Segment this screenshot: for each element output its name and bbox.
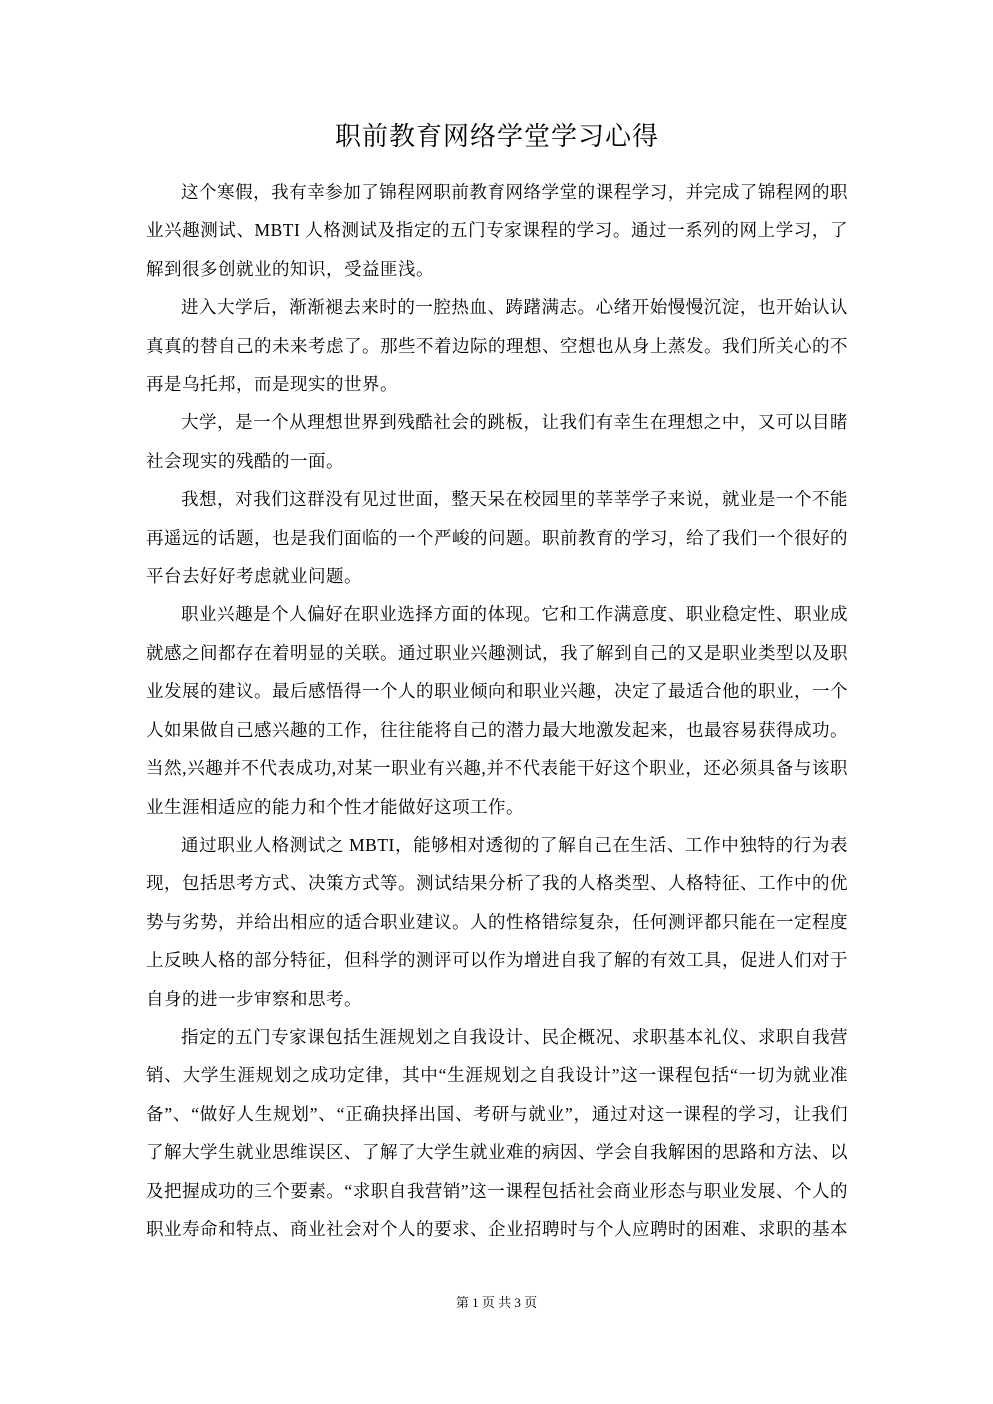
paragraph-1: 这个寒假，我有幸参加了锦程网职前教育网络学堂的课程学习，并完成了锦程网的职业兴趣… (146, 173, 848, 288)
paragraph-7: 指定的五门专家课包括生涯规划之自我设计、民企概况、求职基本礼仪、求职自我营销、大… (146, 1018, 848, 1248)
page-number-label: 第 1 页 共 3 页 (456, 1295, 537, 1310)
paragraph-6: 通过职业人格测试之 MBTI，能够相对透彻的了解自己在生活、工作中独特的行为表现… (146, 826, 848, 1018)
page-footer: 第 1 页 共 3 页 (0, 1294, 993, 1312)
paragraph-5: 职业兴趣是个人偏好在职业选择方面的体现。它和工作满意度、职业稳定性、职业成就感之… (146, 595, 848, 825)
document-title: 职前教育网络学堂学习心得 (146, 116, 848, 158)
paragraph-4: 我想，对我们这群没有见过世面，整天呆在校园里的莘莘学子来说，就业是一个不能再遥远… (146, 480, 848, 595)
document-body: 职前教育网络学堂学习心得 这个寒假，我有幸参加了锦程网职前教育网络学堂的课程学习… (146, 116, 848, 1248)
document-page: 职前教育网络学堂学习心得 这个寒假，我有幸参加了锦程网职前教育网络学堂的课程学习… (0, 0, 993, 1404)
paragraph-2: 进入大学后，渐渐褪去来时的一腔热血、踌躇满志。心绪开始慢慢沉淀，也开始认认真真的… (146, 288, 848, 403)
paragraph-3: 大学，是一个从理想世界到残酷社会的跳板，让我们有幸生在理想之中，又可以目睹社会现… (146, 403, 848, 480)
